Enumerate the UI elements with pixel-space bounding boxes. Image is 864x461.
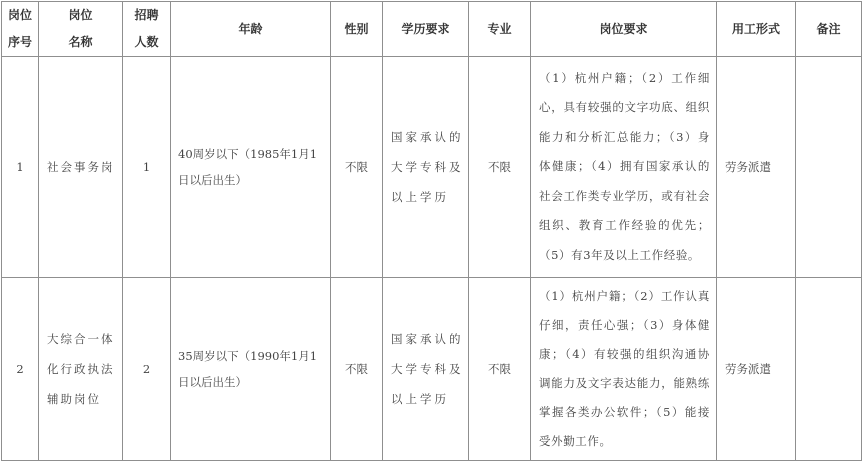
cell-employment-type: 劳务派遣 (717, 278, 796, 444)
table-row: 2 大综合一体化行政执法辅助岗位 2 35周岁以下（1990年1月1日以后出生）… (2, 278, 862, 444)
cell-gender: 不限 (331, 278, 383, 444)
header-position-name: 岗位名称 (39, 2, 123, 57)
cell-headcount: 2 (123, 278, 171, 444)
header-remarks: 备注 (796, 2, 862, 57)
cell-requirements: （1）杭州户籍；（2）工作认真仔细，责任心强；（3）身体健康；（4）有较强的组织… (531, 278, 717, 444)
header-major: 专业 (469, 2, 531, 57)
cell-headcount: 1 (123, 57, 171, 278)
table-row: 1 社会事务岗 1 40周岁以下（1985年1月1日以后出生） 不限 国家承认的… (2, 57, 862, 278)
cell-remarks (796, 57, 862, 278)
cell-employment-type: 劳务派遣 (717, 57, 796, 278)
header-education: 学历要求 (383, 2, 469, 57)
cell-age: 35周岁以下（1990年1月1日以后出生） (171, 278, 331, 444)
header-seq: 岗位序号 (2, 2, 39, 57)
cell-major: 不限 (469, 278, 531, 444)
cell-gender: 不限 (331, 57, 383, 278)
cell-requirements: （1）杭州户籍；（2）工作细心，具有较强的文字功底、组织能力和分析汇总能力；（3… (531, 57, 717, 278)
cell-position-name: 社会事务岗 (39, 57, 123, 278)
header-headcount: 招聘人数 (123, 2, 171, 57)
cell-seq: 1 (2, 57, 39, 278)
header-requirements: 岗位要求 (531, 2, 717, 57)
header-age: 年龄 (171, 2, 331, 57)
cell-major: 不限 (469, 57, 531, 278)
header-employment-type: 用工形式 (717, 2, 796, 57)
cell-position-name: 大综合一体化行政执法辅助岗位 (39, 278, 123, 444)
cell-age: 40周岁以下（1985年1月1日以后出生） (171, 57, 331, 278)
job-positions-table: 岗位序号 岗位名称 招聘人数 年龄 性别 学历要求 专业 岗位要求 用工形式 备… (1, 1, 862, 443)
header-gender: 性别 (331, 2, 383, 57)
cell-remarks (796, 278, 862, 444)
cell-education: 国家承认的大学专科及以上学历 (383, 57, 469, 278)
cell-seq: 2 (2, 278, 39, 444)
cell-education: 国家承认的大学专科及以上学历 (383, 278, 469, 444)
header-row: 岗位序号 岗位名称 招聘人数 年龄 性别 学历要求 专业 岗位要求 用工形式 备… (2, 2, 862, 57)
